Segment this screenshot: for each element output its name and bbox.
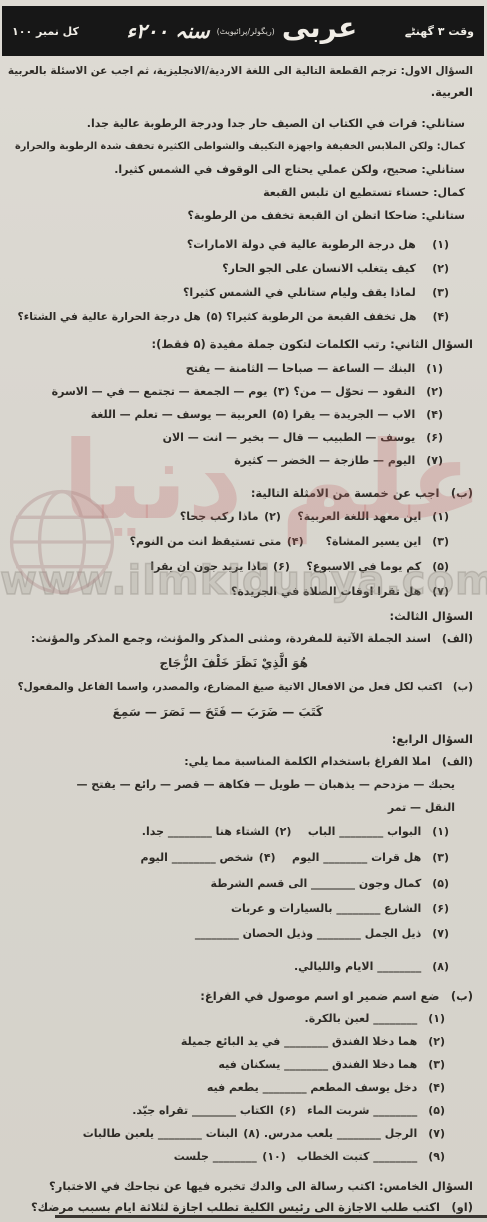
subquestion-line: (۴) هل تخفف القبعة من الرطوبة كثيرا؟ (۵)… [8, 305, 449, 329]
question3-verbs: كَتَبَ — ضَرَبَ — فَتَحَ — نَصَرَ — سَمِ… [8, 699, 323, 725]
question1-subquestions: (۱) هل درجة الرطوبة عالية في دولة الامار… [8, 233, 473, 329]
short-answer-item: (۷) هل تقرا اوقات الصلاة في الجريدة؟ [8, 579, 449, 604]
fill-blank-item: (۱) البواب ________ الباب (۲) الشتاء هنا… [8, 819, 449, 845]
short-answer-item: (۱) اين معهد اللغة العربية؟ (۲) ماذا ركب… [8, 504, 449, 529]
word-order-item: (۴) الاب — الجريدة — يقرا (۵) العربية — … [8, 403, 443, 426]
fill-blank-item: (۶) الشارع ________ بالسيارات و عربات [8, 896, 449, 921]
question1-title: السؤال الاول: ترجم القطعة التالية الى ال… [8, 61, 473, 103]
question2-partb-items: (۱) اين معهد اللغة العربية؟ (۲) ماذا ركب… [8, 504, 473, 604]
pronoun-blank-item: (۳) هما دخلا الفندق ________ يسكنان فيه [8, 1053, 445, 1076]
word-order-item: (۲) النقود — تحوّل — من؟ (۳) يوم — الجمع… [8, 380, 443, 403]
question2-title: السؤال الثاني: رتب الكلمات لتكون جملة مف… [8, 334, 473, 355]
header-center: عربی (ریگولر/پرائیویٹ) سنہ ۲۰۰ء [127, 14, 358, 48]
question2-items: (۱) البنك — الساعة — صباحا — الثامنة — ي… [8, 357, 473, 472]
question5: السؤال الخامس: اكتب رسالة الى والدك تخبر… [8, 1176, 473, 1218]
question3-alef: (الف) اسند الجملة الآتية للمفردة، ومثنى … [8, 627, 473, 650]
question4-alef: (الف) املا الفراغ باستخدام الكلمة المناس… [8, 750, 473, 773]
exam-year: سنہ ۲۰۰ء [127, 19, 210, 43]
question4-ba-items: (۱) ________ لعبن بالكرة.(۲) هما دخلا ال… [8, 1007, 473, 1168]
question4-title: السؤال الرابع: [8, 729, 473, 750]
total-marks: کل نمبر ۱۰۰ [12, 25, 79, 38]
header-band: وقت ۳ گھنٹے عربی (ریگولر/پرائیویٹ) سنہ ۲… [2, 6, 484, 56]
exam-time: وقت ۳ گھنٹے [405, 25, 474, 38]
dialogue-line: كمال: حسناء تستطيع ان تلبس القبعة [8, 181, 465, 204]
question5-title: السؤال الخامس: اكتب رسالة الى والدك تخبر… [8, 1176, 473, 1197]
question1-dialogue: ستانلي: قرات في الكتاب ان الصيف حار جدا … [8, 112, 473, 227]
question1-title-line2: العربية. [8, 82, 473, 103]
fill-blank-item: (۸) ________ الايام والليالي. [8, 954, 449, 979]
word-order-item: (۶) يوسف — الطبيب — قال — بخير — انت — ا… [8, 426, 443, 449]
subquestion-line: (۳) لماذا يقف وليام ستانلي في الشمس كثير… [8, 281, 449, 305]
question1-title-line1: السؤال الاول: ترجم القطعة التالية الى ال… [8, 61, 473, 82]
paper-content: السؤال الاول: ترجم القطعة التالية الى ال… [0, 56, 487, 1218]
program-type: (ریگولر/پرائیویٹ) [217, 27, 275, 36]
pronoun-blank-item: (۷) الرجل ________ يلعب مدرس. (۸) البنات… [8, 1122, 445, 1145]
pronoun-blank-item: (۴) دخل يوسف المطعم ________ يطعم فيه [8, 1076, 445, 1099]
subject-title: عربی [282, 14, 357, 48]
dialogue-line: كمال: ولكن الملابس الخفيفة واجهزة التكيي… [8, 135, 465, 158]
question4-ba-title: (ب) ضع اسم ضمير او اسم موصول في الفراغ: [8, 985, 473, 1007]
pronoun-blank-item: (۵) ________ شربت الماء (۶) الكتاب _____… [8, 1099, 445, 1122]
word-order-item: (۷) اليوم — طازجة — الخضر — كثيرة [8, 449, 443, 472]
fill-blank-item: (۳) هل قرات ________ اليوم (۴) شخص _____… [8, 845, 449, 871]
question4-fill-items: (۱) البواب ________ الباب (۲) الشتاء هنا… [8, 819, 473, 979]
pronoun-blank-item: (۹) ________ كتبت الخطاب (۱۰) ________ ج… [8, 1145, 445, 1168]
fill-blank-item: (۵) كمال وجون ________ الى قسم الشرطة [8, 871, 449, 896]
question4-word-bank-line2: النقل — تمر [8, 796, 473, 819]
pronoun-blank-item: (۲) هما دخلا الفندق ________ في يد البائ… [8, 1030, 445, 1053]
dialogue-line: ستانلي: قرات في الكتاب ان الصيف حار جدا … [8, 112, 465, 135]
question4-word-bank-line1: يحبك — مزدحم — يذهبان — طويل — فكاهة — ق… [8, 773, 473, 796]
dialogue-line: ستانلي: ضاحكا اتظن ان القبعة تخفف من الر… [8, 204, 465, 227]
question3-phrase: هُوَ الَّذِيْ نَظَرَ خَلْفَ الزُّجَاج [8, 650, 308, 676]
short-answer-item: (۵) كم يوما في الاسبوع؟ (۶) ماذا يريد جو… [8, 554, 449, 579]
question3-title: السؤال الثالث: [8, 606, 473, 627]
word-order-item: (۱) البنك — الساعة — صباحا — الثامنة — ي… [8, 357, 443, 380]
question2-partb-title: (ب) اجب عن خمسة من الامثلة التالية: [8, 482, 473, 504]
subquestion-line: (۱) هل درجة الرطوبة عالية في دولة الامار… [8, 233, 449, 257]
bottom-divider-line [55, 1215, 487, 1218]
subquestion-line: (۲) كيف يتغلب الانسان على الجو الحار؟ [8, 257, 449, 281]
question3-ba: (ب) اكتب لكل فعل من الافعال الاتية صيغ ا… [8, 676, 473, 699]
short-answer-item: (۳) اين يسير المشاة؟ (۴) متى تستيقظ انت … [8, 529, 449, 554]
exam-paper-page: وقت ۳ گھنٹے عربی (ریگولر/پرائیویٹ) سنہ ۲… [0, 0, 487, 1222]
fill-blank-item: (۷) ذيل الجمل ________ وذيل الحصان _____… [8, 921, 449, 946]
pronoun-blank-item: (۱) ________ لعبن بالكرة. [8, 1007, 445, 1030]
dialogue-line: ستانلي: صحيح، ولكن عملي يحتاج الى الوقوف… [8, 158, 465, 181]
